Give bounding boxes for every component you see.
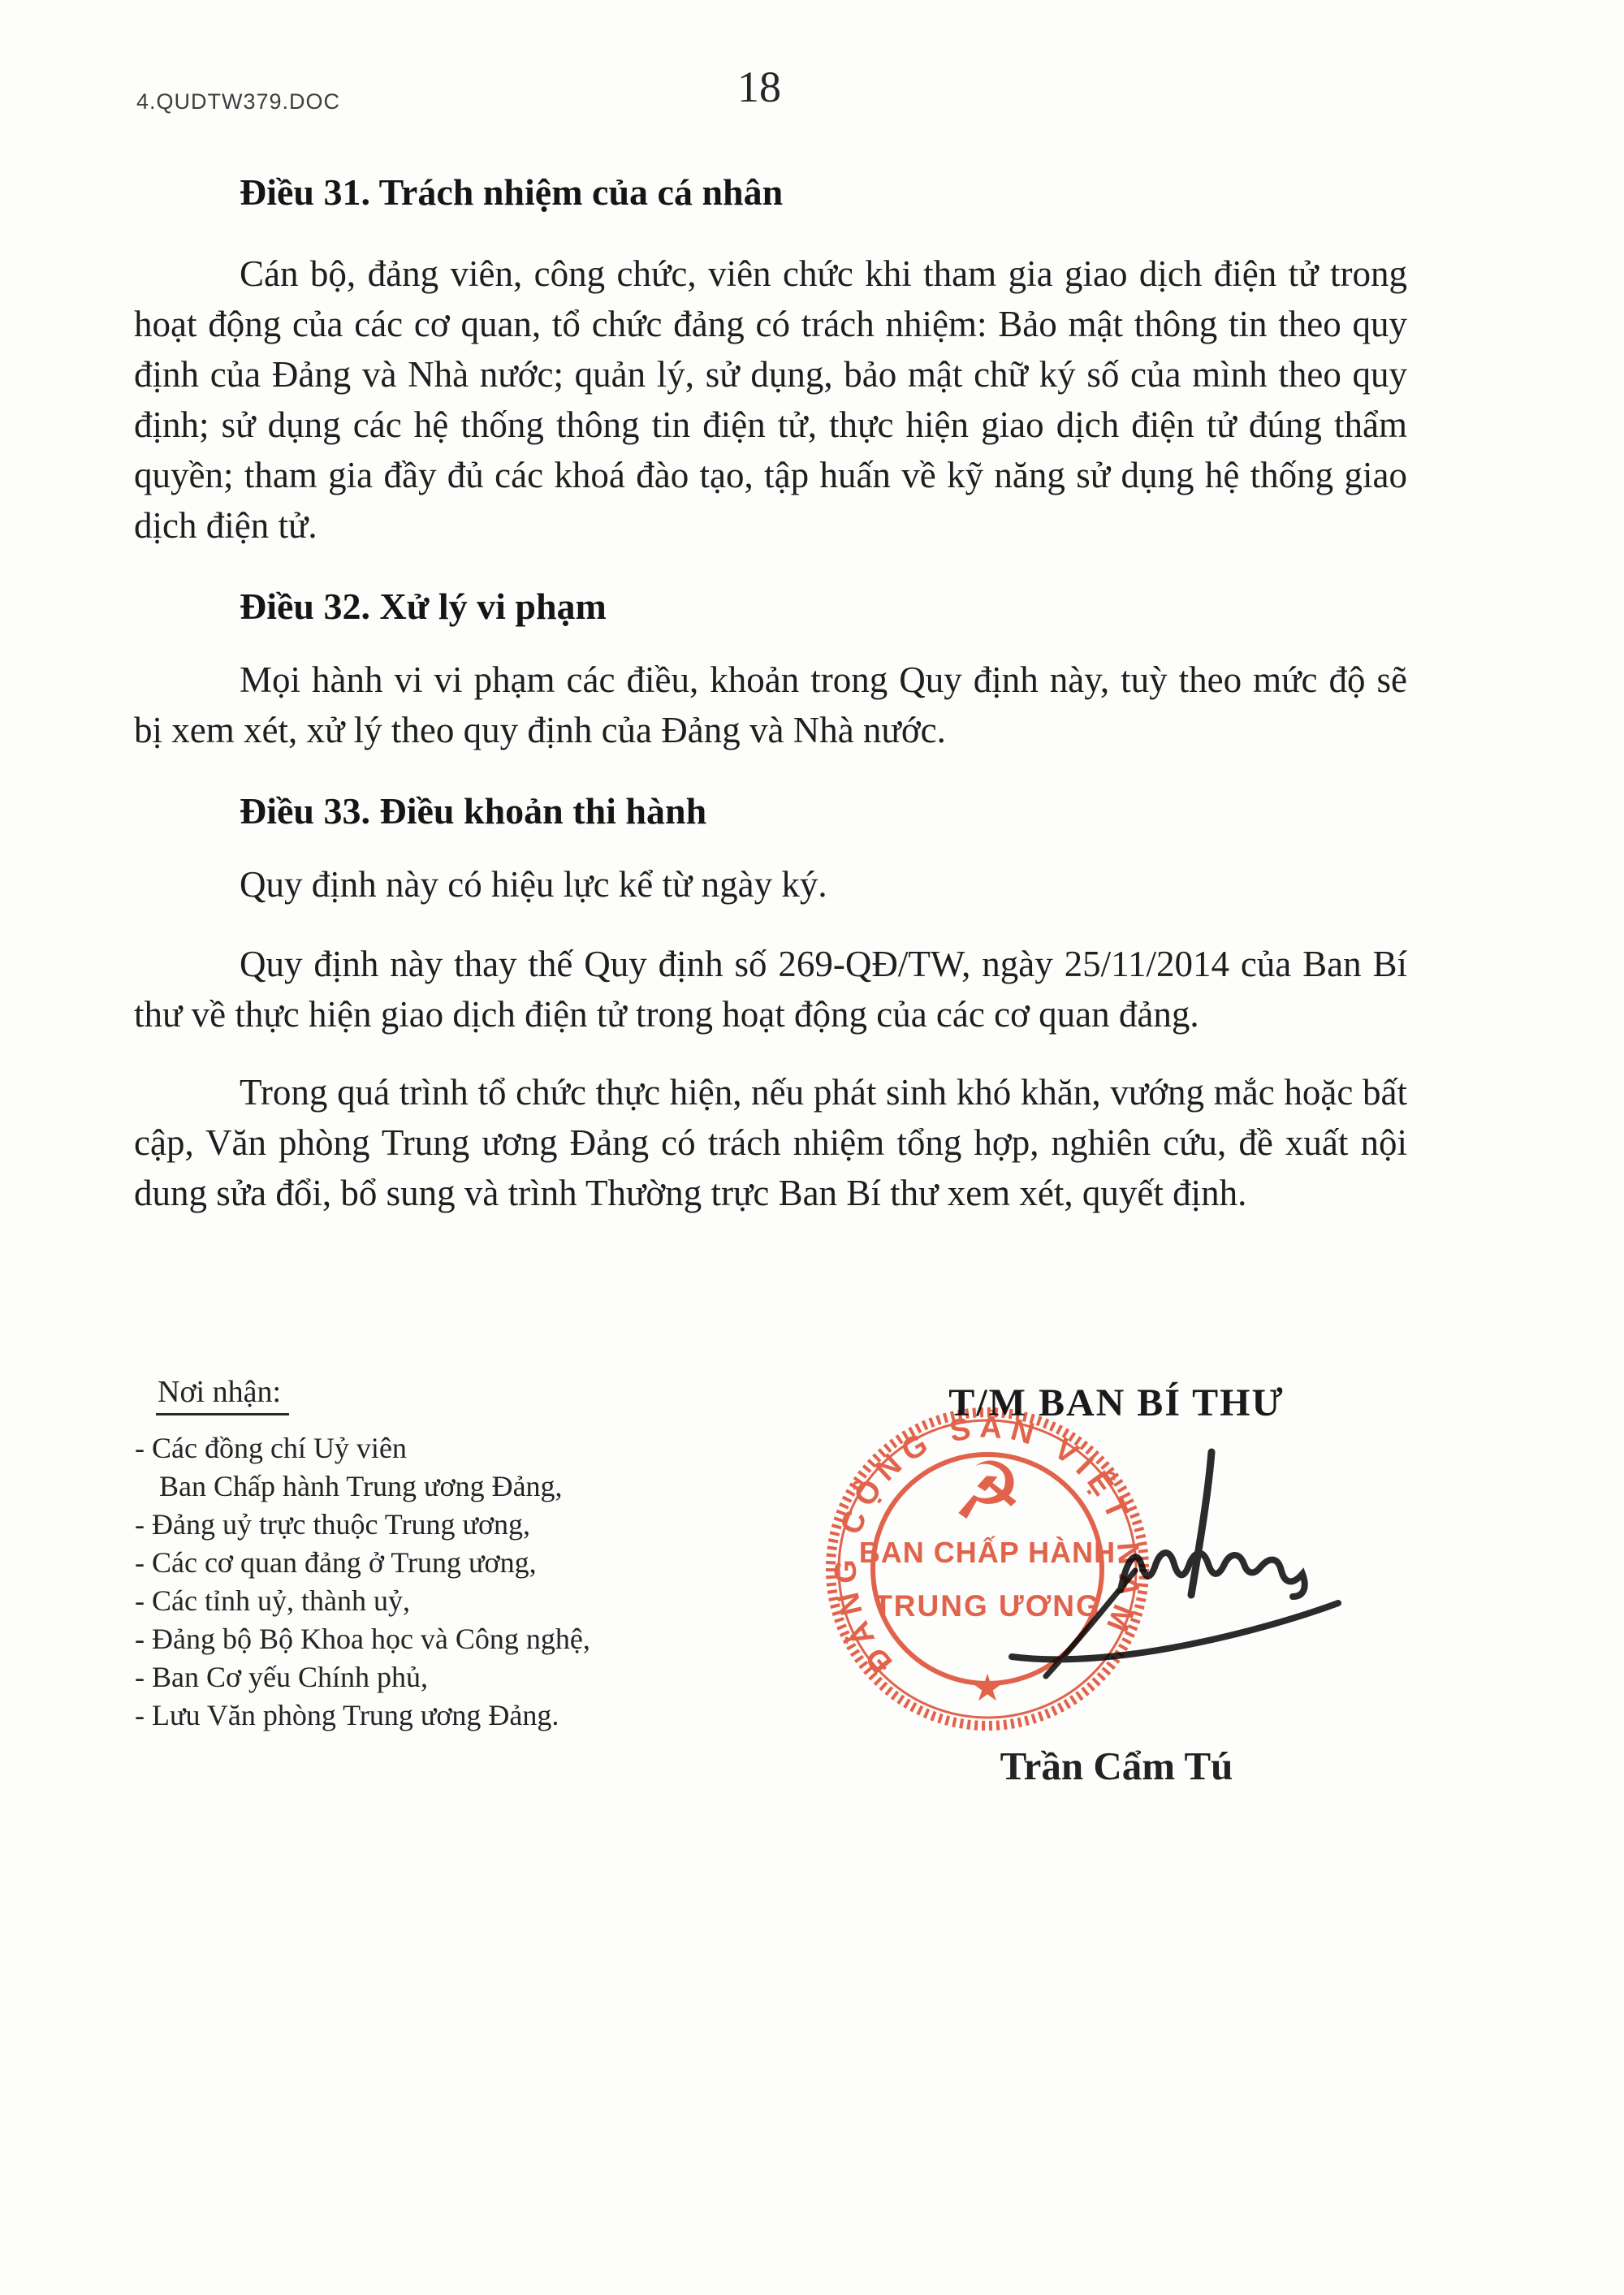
recipient-line: - Lưu Văn phòng Trung ương Đảng. [135, 1696, 590, 1735]
recipient-line: - Đảng bộ Bộ Khoa học và Công nghệ, [135, 1620, 590, 1658]
signer-name: Trần Cẩm Tú [926, 1743, 1307, 1789]
recipients-label: Nơi nhận: [156, 1374, 289, 1415]
recipient-line: - Các tỉnh uỷ, thành uỷ, [135, 1582, 590, 1620]
signature-stroke [1121, 1553, 1305, 1597]
signature-ink [999, 1436, 1364, 1696]
recipient-line: Ban Chấp hành Trung ương Đảng, [135, 1467, 590, 1506]
article-31-paragraph: Cán bộ, đảng viên, công chức, viên chức … [134, 249, 1407, 551]
article-32-heading: Điều 32. Xử lý vi phạm [240, 585, 607, 628]
recipient-line: - Các đồng chí Uỷ viên [135, 1429, 590, 1467]
article-31-heading: Điều 31. Trách nhiệm của cá nhân [240, 171, 783, 214]
page-number: 18 [715, 62, 804, 112]
recipient-line: - Ban Cơ yếu Chính phủ, [135, 1658, 590, 1696]
doc-filename-label: 4.QUDTW379.DOC [136, 89, 340, 115]
article-33-paragraph-2: Quy định này thay thế Quy định số 269-QĐ… [134, 939, 1407, 1039]
article-33-heading: Điều 33. Điều khoản thi hành [240, 789, 706, 832]
recipient-line: - Các cơ quan đảng ở Trung ương, [135, 1544, 590, 1582]
signature-stroke [1191, 1452, 1212, 1595]
article-33-paragraph-3: Trong quá trình tổ chức thực hiện, nếu p… [134, 1067, 1407, 1218]
recipients-list: - Các đồng chí Uỷ viên Ban Chấp hành Tru… [135, 1429, 590, 1735]
article-32-paragraph: Mọi hành vi vi phạm các điều, khoản tron… [134, 655, 1407, 755]
signature-stroke [1012, 1603, 1338, 1659]
recipient-line: - Đảng uỷ trực thuộc Trung ương, [135, 1506, 590, 1544]
document-page: 4.QUDTW379.DOC 18 Điều 31. Trách nhiệm c… [0, 0, 1624, 2295]
article-33-paragraph-1: Quy định này có hiệu lực kể từ ngày ký. [134, 859, 1407, 910]
